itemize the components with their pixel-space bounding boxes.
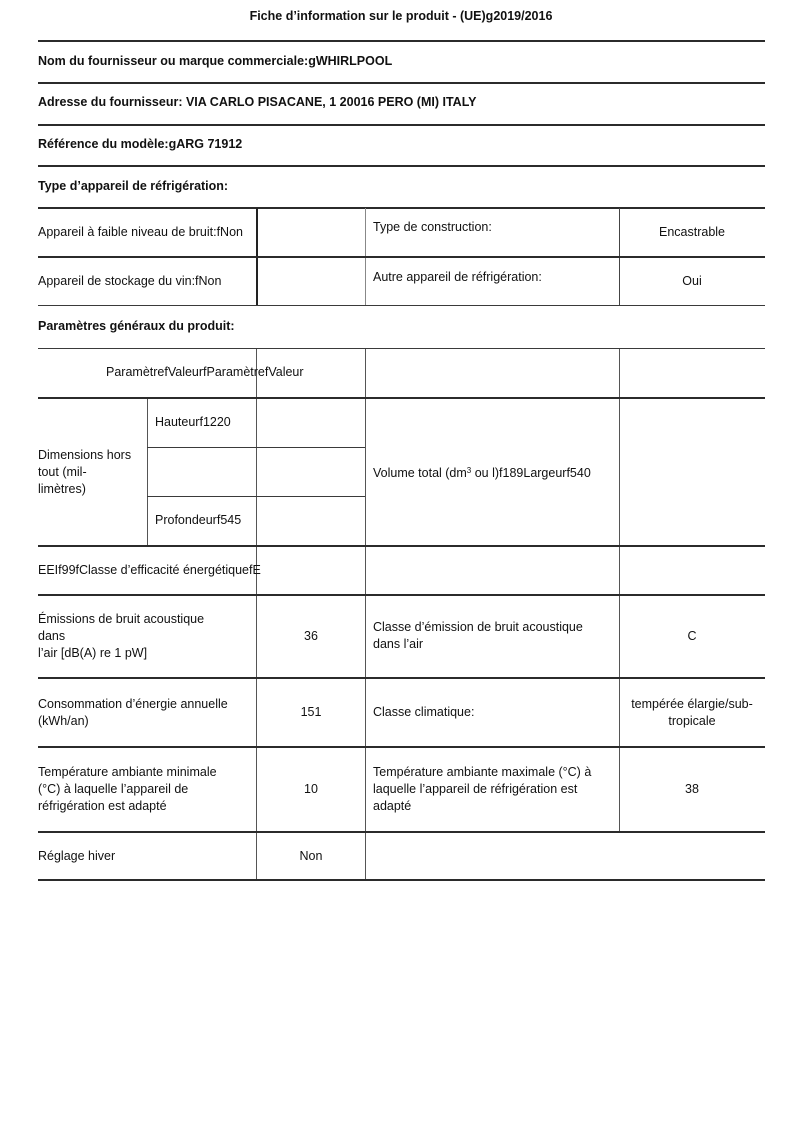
other-appliance-label: Autre appareil de réfrigération: — [373, 269, 613, 299]
climate-class-label: Classe climatique: — [373, 679, 619, 746]
column-divider — [365, 349, 366, 880]
energy-consumption-value: 151 — [257, 679, 365, 746]
volume-text: Volume total (dm — [373, 466, 467, 480]
label-line: (°C) à laquelle l’appareil de — [38, 781, 217, 798]
label-line: dans — [38, 628, 204, 645]
min-temperature-value: 10 — [257, 749, 365, 830]
divider — [38, 40, 765, 42]
construction-type-value: Encastrable — [620, 209, 764, 255]
supplier-name: Nom du fournisseur ou marque commerciale… — [38, 54, 392, 68]
volume-text: ou l)f189Largeurf540 — [471, 466, 591, 480]
eei-value: EEIf99fClasse d’efficacité énergétiquefE — [38, 547, 338, 594]
appliance-type-heading: Type d’appareil de réfrigération: — [38, 179, 228, 193]
divider — [38, 305, 765, 306]
min-temperature-label: Température ambiante minimale (°C) à laq… — [38, 749, 254, 830]
label-line: Consommation d’énergie annuelle — [38, 696, 228, 713]
value-line: tempérée élargie/sub- — [631, 696, 753, 713]
value-line: tropicale — [631, 713, 753, 730]
volume-value: Volume total (dm3 ou l)f189Largeurf540 — [373, 399, 619, 545]
divider — [38, 82, 765, 84]
label-line: (kWh/an) — [38, 713, 228, 730]
label-line: Température ambiante maximale (°C) à — [373, 764, 591, 781]
construction-type-label: Type de construction: — [373, 219, 613, 249]
label-line: Émissions de bruit acoustique — [38, 611, 204, 628]
supplier-address: Adresse du fournisseur: VIA CARLO PISACA… — [38, 95, 477, 109]
page-title: Fiche d’information sur le produit - (UE… — [0, 9, 802, 23]
general-params-heading: Paramètres généraux du produit: — [38, 319, 235, 333]
column-divider — [147, 398, 148, 545]
max-temperature-label: Température ambiante maximale (°C) à laq… — [373, 749, 619, 830]
divider — [38, 879, 765, 881]
label-line: laquelle l’appareil de réfrigération est — [373, 781, 591, 798]
low-noise-appliance: Appareil à faible niveau de bruit:fNon — [38, 209, 298, 255]
depth-value: Profondeurf545 — [155, 497, 255, 544]
divider — [38, 165, 765, 167]
energy-consumption-label: Consommation d’énergie annuelle (kWh/an) — [38, 679, 254, 746]
divider — [38, 746, 765, 748]
dimensions-label-line: limètres) — [38, 481, 131, 498]
winter-setting-value: Non — [257, 833, 365, 879]
other-appliance-value: Oui — [620, 258, 764, 304]
wine-storage-appliance: Appareil de stockage du vin:fNon — [38, 258, 253, 304]
dimensions-label-line: tout (mil- — [38, 464, 131, 481]
label-line: Température ambiante minimale — [38, 764, 217, 781]
divider — [147, 447, 365, 448]
noise-emission-label: Émissions de bruit acoustique dans l’air… — [38, 597, 254, 675]
model-reference: Référence du modèle:gARG 71912 — [38, 137, 242, 151]
dimensions-label-line: Dimensions hors — [38, 447, 131, 464]
params-header: ParamètrefValeurfParamètrefValeur — [106, 349, 366, 396]
noise-class-label: Classe d’émission de bruit acoustique da… — [373, 597, 619, 675]
label-line: Classe d’émission de bruit acoustique — [373, 619, 583, 636]
label-line: réfrigération est adapté — [38, 798, 217, 815]
label-line: l’air [dB(A) re 1 pW] — [38, 645, 204, 662]
winter-setting-label: Réglage hiver — [38, 833, 254, 879]
divider — [38, 124, 765, 126]
noise-emission-value: 36 — [257, 597, 365, 675]
dimensions-label: Dimensions hors tout (mil- limètres) — [38, 399, 146, 545]
label-line: adapté — [373, 798, 591, 815]
label-line: dans l’air — [373, 636, 583, 653]
height-value: Hauteurf1220 — [155, 399, 255, 445]
max-temperature-value: 38 — [620, 749, 764, 830]
noise-class-value: C — [620, 597, 764, 675]
climate-class-value: tempérée élargie/sub- tropicale — [620, 679, 764, 746]
divider — [38, 594, 765, 596]
